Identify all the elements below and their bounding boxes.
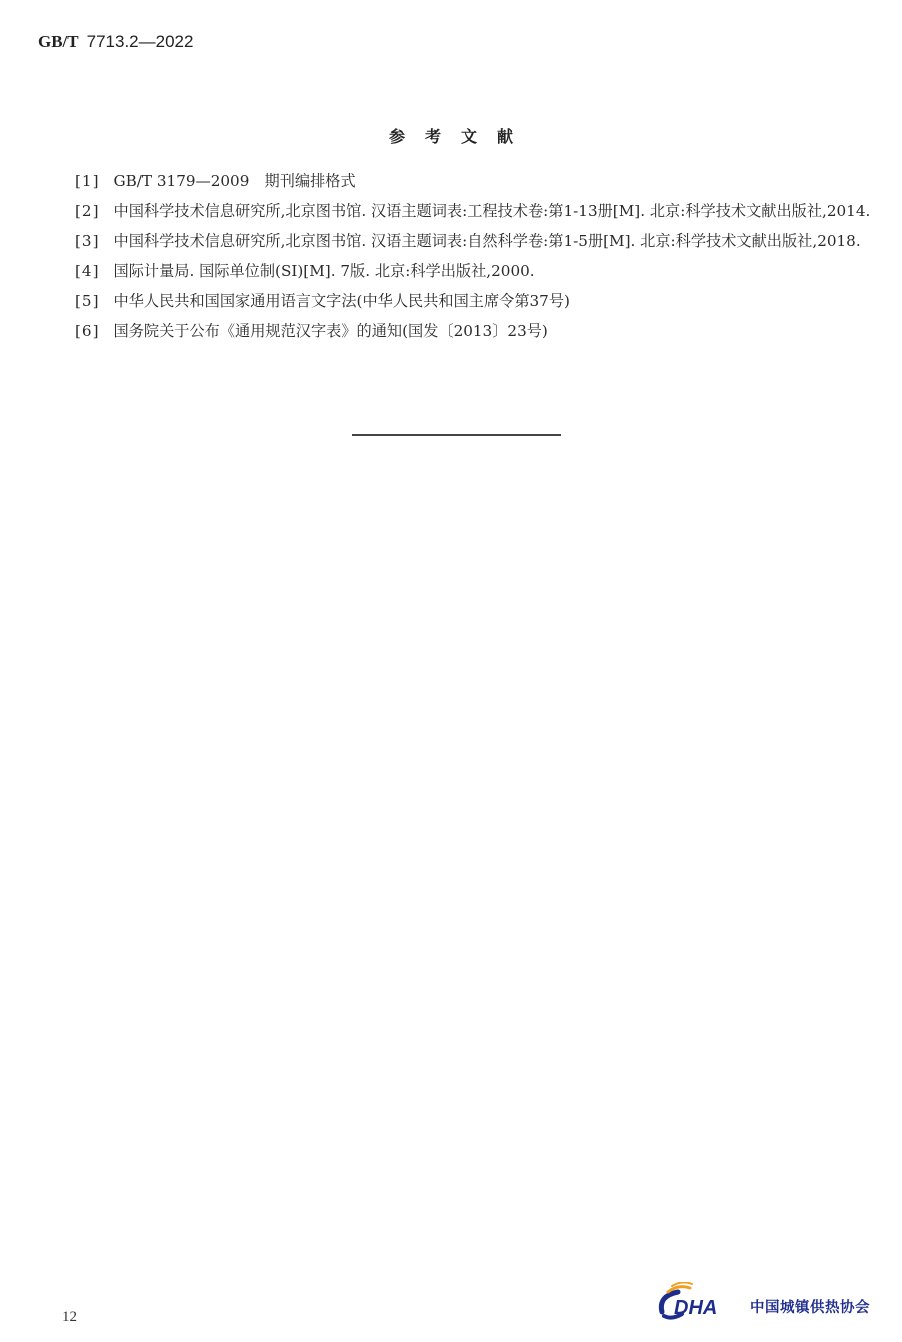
reference-item: [4]国际计量局. 国际单位制(SI)[M]. 7版. 北京:科学出版社,200… bbox=[39, 256, 875, 286]
reference-item: [2]中国科学技术信息研究所,北京图书馆. 汉语主题词表:工程技术卷:第1-13… bbox=[39, 196, 875, 226]
reference-text: 国际计量局. 国际单位制(SI)[M]. 7版. 北京:科学出版社,2000. bbox=[114, 262, 535, 280]
reference-index: [1] bbox=[75, 172, 100, 190]
standard-number: 7713.2—2022 bbox=[87, 32, 194, 51]
standard-prefix: GB/T bbox=[38, 32, 79, 51]
reference-text: 中国科学技术信息研究所,北京图书馆. 汉语主题词表:自然科学卷:第1-5册[M]… bbox=[114, 232, 861, 250]
cdha-logo-icon: DHA bbox=[656, 1282, 748, 1322]
reference-item: [1]GB/T 3179—2009 期刊编排格式 bbox=[39, 166, 875, 196]
reference-text: GB/T 3179—2009 期刊编排格式 bbox=[114, 172, 356, 190]
reference-item: [5]中华人民共和国国家通用语言文字法(中华人民共和国主席令第37号) bbox=[39, 286, 875, 316]
page-number: 12 bbox=[62, 1309, 77, 1326]
reference-index: [6] bbox=[75, 322, 100, 340]
reference-index: [3] bbox=[75, 232, 100, 250]
cdha-logo: DHA 中国城镇供热协会 bbox=[656, 1282, 886, 1322]
reference-text: 国务院关于公布《通用规范汉字表》的通知(国发〔2013〕23号) bbox=[114, 322, 548, 340]
reference-index: [2] bbox=[75, 202, 100, 220]
reference-index: [5] bbox=[75, 292, 100, 310]
section-title: 参考文献 bbox=[0, 124, 902, 147]
reference-index: [4] bbox=[75, 262, 100, 280]
reference-item: [6]国务院关于公布《通用规范汉字表》的通知(国发〔2013〕23号) bbox=[39, 316, 875, 346]
reference-list: [1]GB/T 3179—2009 期刊编排格式 [2]中国科学技术信息研究所,… bbox=[39, 166, 875, 346]
reference-item: [3]中国科学技术信息研究所,北京图书馆. 汉语主题词表:自然科学卷:第1-5册… bbox=[39, 226, 875, 256]
reference-text: 中国科学技术信息研究所,北京图书馆. 汉语主题词表:工程技术卷:第1-13册[M… bbox=[114, 202, 871, 220]
reference-text: 中华人民共和国国家通用语言文字法(中华人民共和国主席令第37号) bbox=[114, 292, 570, 310]
document-header: GB/T7713.2—2022 bbox=[38, 32, 193, 52]
org-name: 中国城镇供热协会 bbox=[750, 1296, 870, 1317]
end-of-document-rule bbox=[352, 434, 561, 436]
svg-text:DHA: DHA bbox=[674, 1297, 717, 1319]
